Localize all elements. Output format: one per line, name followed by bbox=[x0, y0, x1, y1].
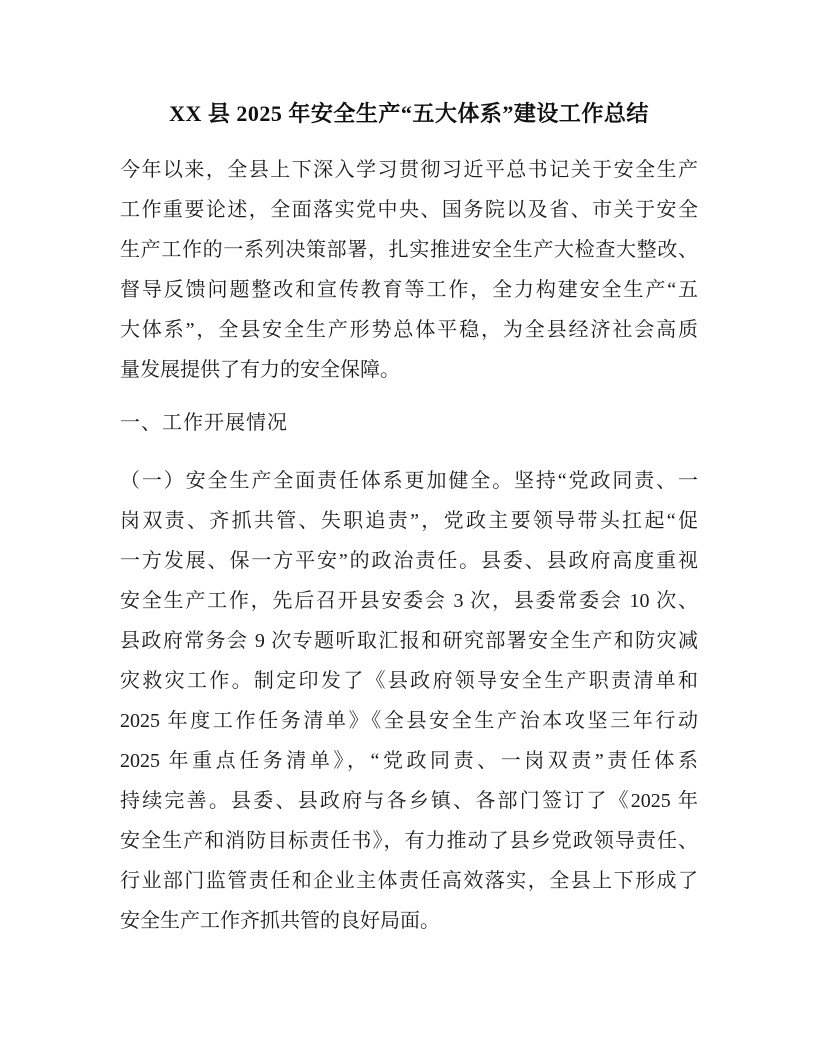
section-heading-1: 一、工作开展情况 bbox=[120, 403, 698, 443]
text-line: 大体系”，全县安全生产形势总体平稳，为全县经济社会高质 bbox=[120, 310, 698, 350]
document-content: XX 县 2025 年安全生产“五大体系”建设工作总结今年以来，全县上下深入学习… bbox=[120, 94, 698, 941]
text-line: 督导反馈问题整改和宣传教育等工作，全力构建安全生产“五 bbox=[120, 270, 698, 310]
text-line: XX 县 2025 年安全生产“五大体系”建设工作总结 bbox=[120, 94, 698, 134]
intro-paragraph: 今年以来，全县上下深入学习贯彻习近平总书记关于安全生产工作重要论述，全面落实党中… bbox=[120, 150, 698, 390]
text-line: 量发展提供了有力的安全保障。 bbox=[120, 350, 698, 390]
text-line: 2025 年重点任务清单》，“党政同责、一岗双责”责任体系 bbox=[120, 741, 698, 781]
text-line: 灾救灾工作。制定印发了《县政府领导安全生产职责清单和 bbox=[120, 661, 698, 701]
text-line: 安全生产和消防目标责任书》，有力推动了县乡党政领导责任、 bbox=[120, 821, 698, 861]
document-title: XX 县 2025 年安全生产“五大体系”建设工作总结 bbox=[120, 94, 698, 134]
section-1-paragraph-1: （一）安全生产全面责任体系更加健全。坚持“党政同责、一岗双责、齐抓共管、失职追责… bbox=[120, 461, 698, 941]
text-line: 县政府常务会 9 次专题听取汇报和研究部署安全生产和防灾减 bbox=[120, 621, 698, 661]
text-line: 岗双责、齐抓共管、失职追责”，党政主要领导带头扛起“促 bbox=[120, 501, 698, 541]
text-line: 工作重要论述，全面落实党中央、国务院以及省、市关于安全 bbox=[120, 190, 698, 230]
text-line: 生产工作的一系列决策部署，扎实推进安全生产大检查大整改、 bbox=[120, 230, 698, 270]
text-line: 持续完善。县委、县政府与各乡镇、各部门签订了《2025 年 bbox=[120, 781, 698, 821]
text-line: 行业部门监管责任和企业主体责任高效落实，全县上下形成了 bbox=[120, 861, 698, 901]
text-line: 安全生产工作齐抓共管的良好局面。 bbox=[120, 901, 698, 941]
text-line: 2025 年度工作任务清单》《全县安全生产治本攻坚三年行动 bbox=[120, 701, 698, 741]
document-page: XX 县 2025 年安全生产“五大体系”建设工作总结今年以来，全县上下深入学习… bbox=[0, 0, 816, 1056]
text-line: 一、工作开展情况 bbox=[120, 403, 698, 443]
text-line: 今年以来，全县上下深入学习贯彻习近平总书记关于安全生产 bbox=[120, 150, 698, 190]
text-line: 安全生产工作，先后召开县安委会 3 次，县委常委会 10 次、 bbox=[120, 581, 698, 621]
text-line: 一方发展、保一方平安”的政治责任。县委、县政府高度重视 bbox=[120, 541, 698, 581]
text-line: （一）安全生产全面责任体系更加健全。坚持“党政同责、一 bbox=[120, 461, 698, 501]
